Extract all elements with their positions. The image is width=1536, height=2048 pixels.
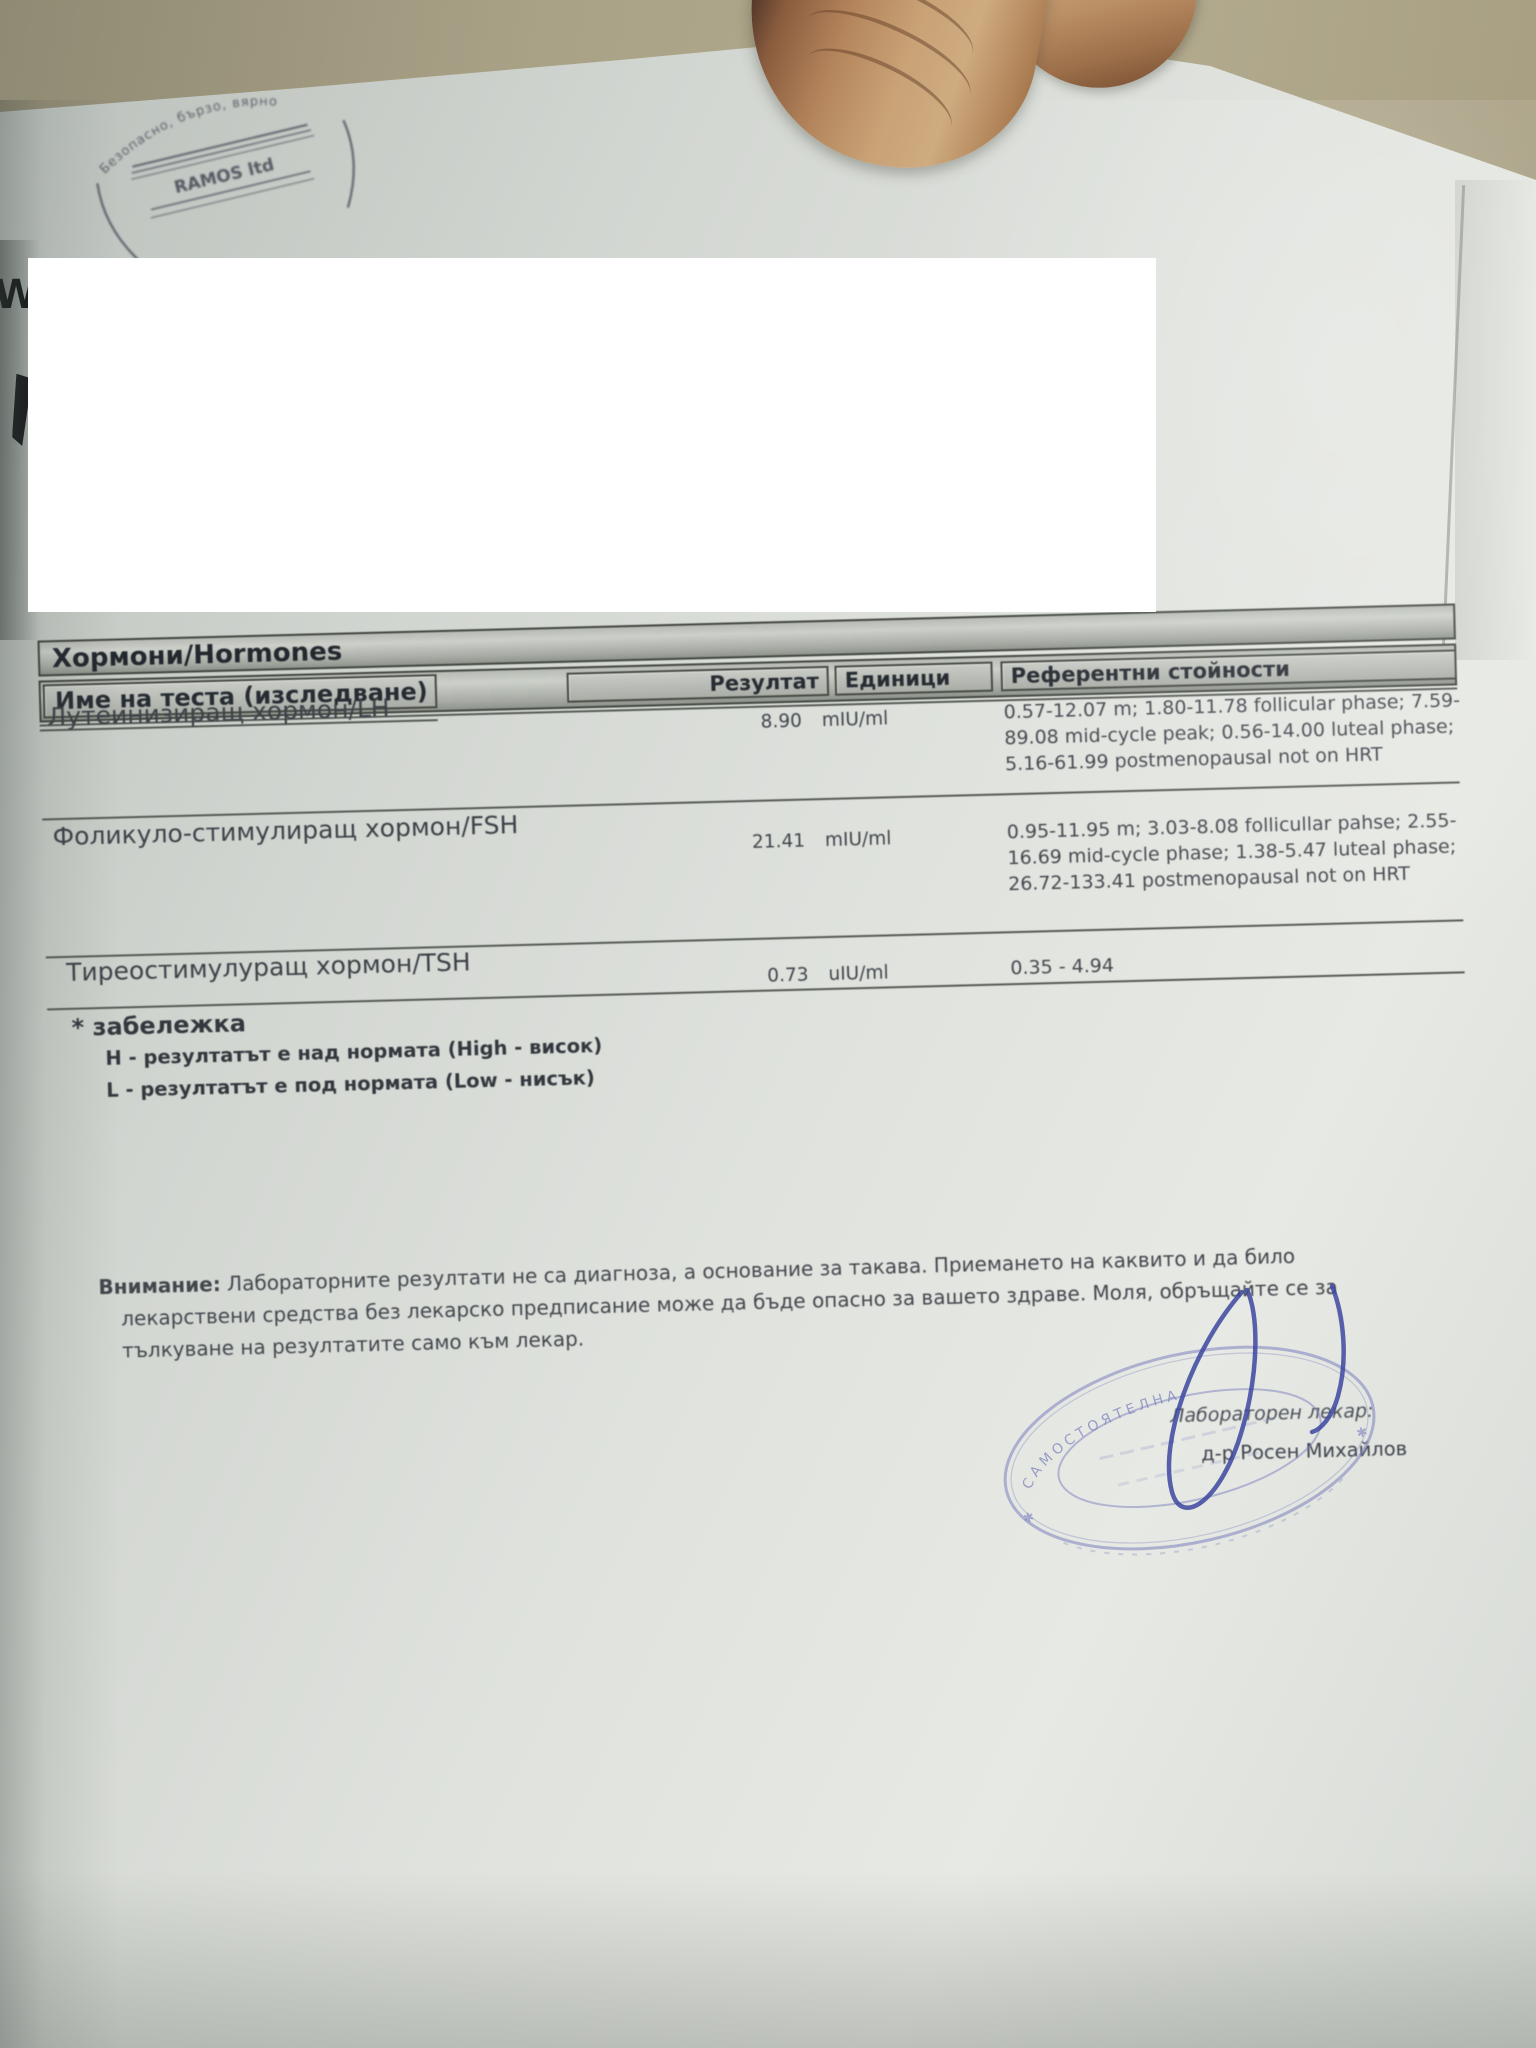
result-fsh: 21.41 bbox=[615, 831, 805, 857]
units-lh: mIU/ml bbox=[822, 708, 889, 731]
warning-label: Внимание: bbox=[98, 1272, 221, 1299]
notes-title: * забележка bbox=[71, 1009, 246, 1042]
stamp-star-left: ✱ bbox=[1022, 1510, 1036, 1527]
note-low: L - резултатът е под нормата (Low - нисъ… bbox=[106, 1066, 595, 1102]
reference-tsh: 0.35 - 4.94 bbox=[1010, 943, 1473, 981]
test-name-tsh: Тиреостимулуращ хормон/TSH bbox=[66, 947, 471, 987]
reference-lh: 0.57-12.07 m; 1.80-11.78 follicular phas… bbox=[1003, 687, 1467, 777]
svg-text:САМОСТОЯТЕЛНА: САМОСТОЯТЕЛНА bbox=[1006, 1387, 1194, 1494]
column-header-units: Единици bbox=[834, 662, 993, 696]
result-tsh: 0.73 bbox=[618, 965, 808, 991]
stamp-arc-text: САМОСТОЯТЕЛНА bbox=[1006, 1387, 1194, 1494]
redaction-box bbox=[28, 258, 1156, 612]
units-tsh: uIU/ml bbox=[828, 962, 889, 985]
stamp-outer-ring bbox=[985, 1314, 1394, 1582]
pen-signature bbox=[1169, 1286, 1344, 1508]
result-lh: 8.90 bbox=[612, 711, 802, 737]
note-high: H - резултатът е над нормата (High - вис… bbox=[105, 1034, 602, 1070]
reference-fsh: 0.95-11.95 m; 3.03-8.08 follicullar pahs… bbox=[1006, 807, 1470, 897]
photo-scene: Безопасно, бързо, вярно RAMOS ltd Хормон… bbox=[0, 0, 1536, 2048]
units-fsh: mIU/ml bbox=[825, 828, 892, 851]
stamp-and-signature: САМОСТОЯТЕЛНА ✱ ✱ bbox=[950, 1260, 1536, 1640]
lab-logo: Безопасно, бързо, вярно RAMOS ltd bbox=[81, 83, 386, 271]
